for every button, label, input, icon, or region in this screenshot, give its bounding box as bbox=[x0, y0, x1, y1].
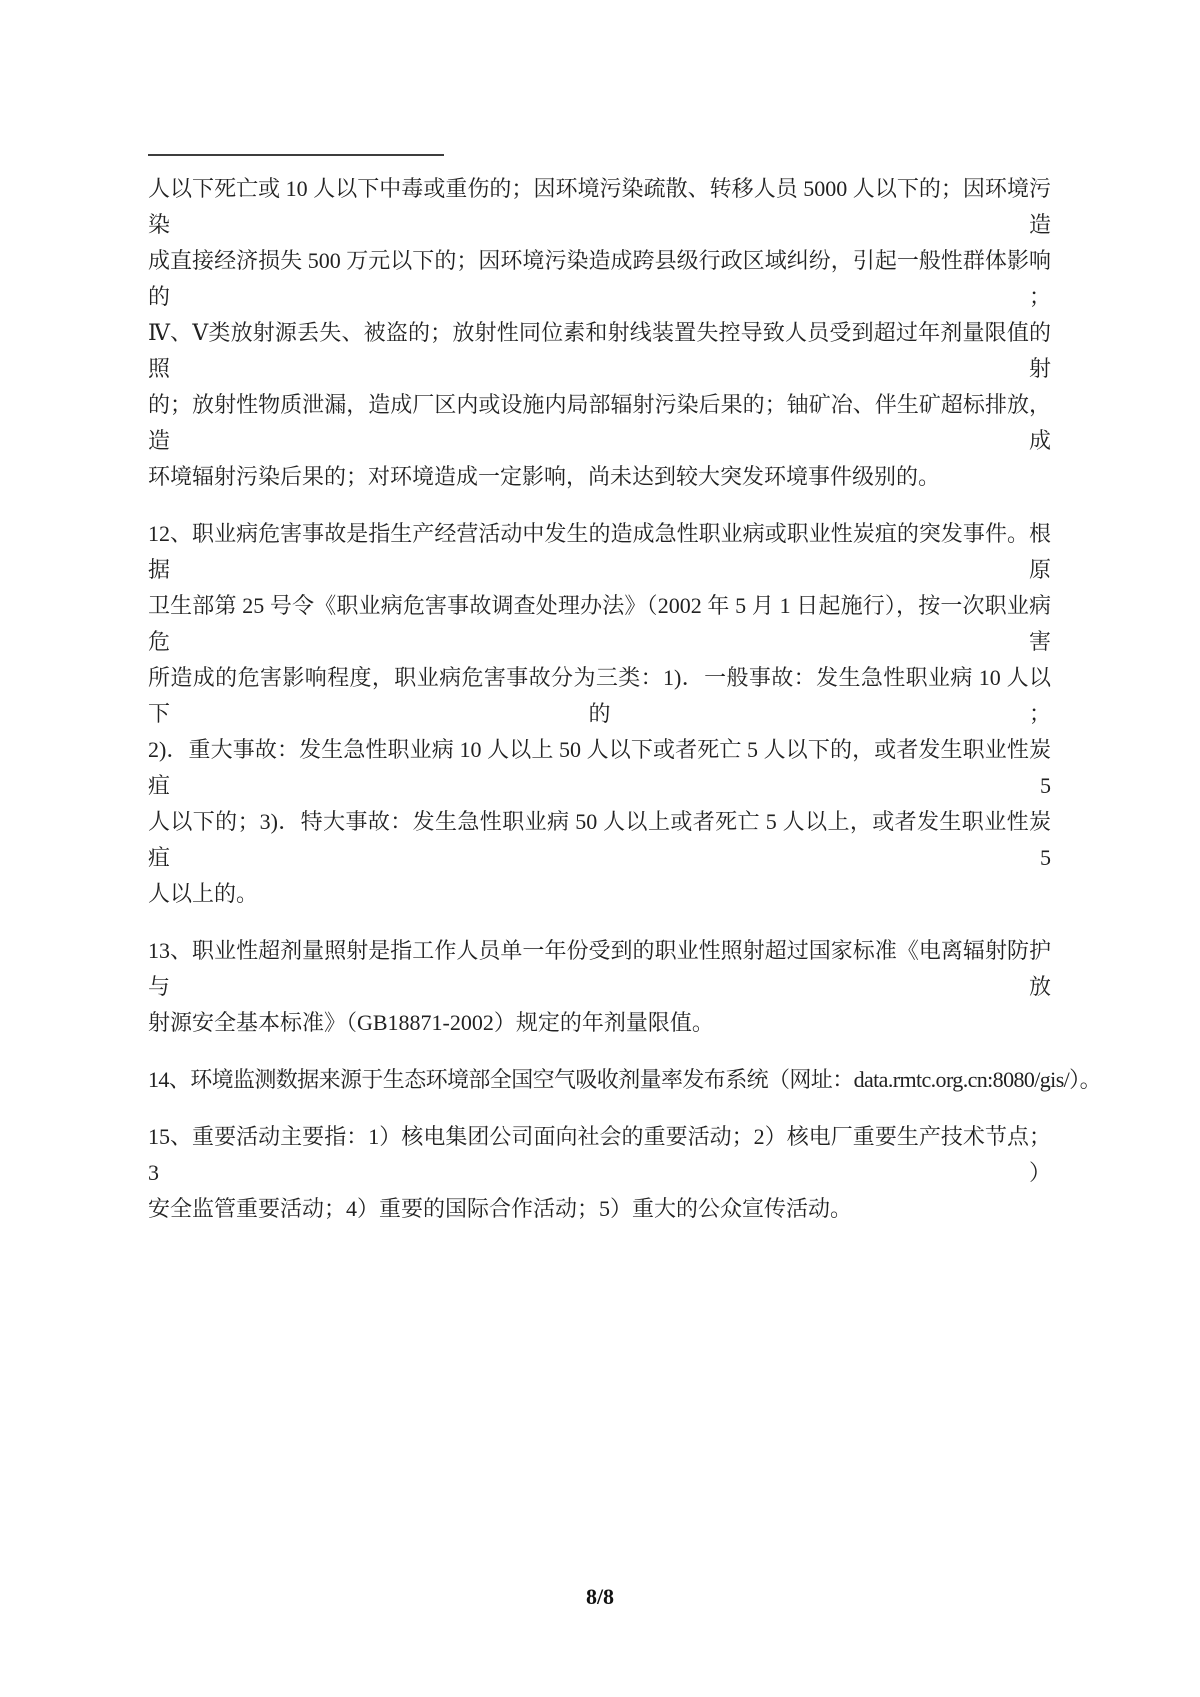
footnote-line: 卫生部第 25 号令《职业病危害事故调查处理办法》（2002 年 5 月 1 日… bbox=[148, 588, 1051, 660]
footnote-separator-line bbox=[148, 154, 444, 156]
footnote-line: Ⅳ、Ⅴ类放射源丢失、被盗的；放射性同位素和射线装置失控导致人员受到超过年剂量限值… bbox=[148, 315, 1051, 387]
footnote-line: 成直接经济损失 500 万元以下的；因环境污染造成跨县级行政区域纠纷，引起一般性… bbox=[148, 243, 1051, 315]
footnote-line: 环境辐射污染后果的；对环境造成一定影响，尚未达到较大突发环境事件级别的。 bbox=[148, 459, 1051, 495]
footnote-paragraph-12: 12、职业病危害事故是指生产经营活动中发生的造成急性职业病或职业性炭疽的突发事件… bbox=[148, 516, 1051, 912]
footnote-line: 所造成的危害影响程度，职业病危害事故分为三类：1)．一般事故：发生急性职业病 1… bbox=[148, 660, 1051, 732]
footnote-line: 14、环境监测数据来源于生态环境部全国空气吸收剂量率发布系统（网址：data.r… bbox=[148, 1062, 1051, 1098]
page-number: 8/8 bbox=[0, 1583, 1200, 1611]
footnote-line: 的；放射性物质泄漏，造成厂区内或设施内局部辐射污染后果的；铀矿冶、伴生矿超标排放… bbox=[148, 387, 1051, 459]
footnote-line: 人以下的；3)．特大事故：发生急性职业病 50 人以上或者死亡 5 人以上，或者… bbox=[148, 804, 1051, 876]
footnote-line: 射源安全基本标准》（GB18871-2002）规定的年剂量限值。 bbox=[148, 1005, 1051, 1041]
footnotes-section: 人以下死亡或 10 人以下中毒或重伤的；因环境污染疏散、转移人员 5000 人以… bbox=[148, 171, 1051, 1248]
document-page: 人以下死亡或 10 人以下中毒或重伤的；因环境污染疏散、转移人员 5000 人以… bbox=[0, 0, 1200, 1697]
footnote-paragraph-13: 13、职业性超剂量照射是指工作人员单一年份受到的职业性照射超过国家标准《电离辐射… bbox=[148, 933, 1051, 1041]
footnote-line: 13、职业性超剂量照射是指工作人员单一年份受到的职业性照射超过国家标准《电离辐射… bbox=[148, 933, 1051, 1005]
footnote-paragraph-14: 14、环境监测数据来源于生态环境部全国空气吸收剂量率发布系统（网址：data.r… bbox=[148, 1062, 1051, 1098]
footnote-paragraph-continuation: 人以下死亡或 10 人以下中毒或重伤的；因环境污染疏散、转移人员 5000 人以… bbox=[148, 171, 1051, 495]
footnote-line: 15、重要活动主要指：1）核电集团公司面向社会的重要活动；2）核电厂重要生产技术… bbox=[148, 1119, 1051, 1191]
footnote-paragraph-15: 15、重要活动主要指：1）核电集团公司面向社会的重要活动；2）核电厂重要生产技术… bbox=[148, 1119, 1051, 1227]
footnote-line: 安全监管重要活动；4）重要的国际合作活动；5）重大的公众宣传活动。 bbox=[148, 1191, 1051, 1227]
footnote-line: 12、职业病危害事故是指生产经营活动中发生的造成急性职业病或职业性炭疽的突发事件… bbox=[148, 516, 1051, 588]
footnote-line: 人以下死亡或 10 人以下中毒或重伤的；因环境污染疏散、转移人员 5000 人以… bbox=[148, 171, 1051, 243]
footnote-line: 2)．重大事故：发生急性职业病 10 人以上 50 人以下或者死亡 5 人以下的… bbox=[148, 732, 1051, 804]
footnote-line: 人以上的。 bbox=[148, 876, 1051, 912]
